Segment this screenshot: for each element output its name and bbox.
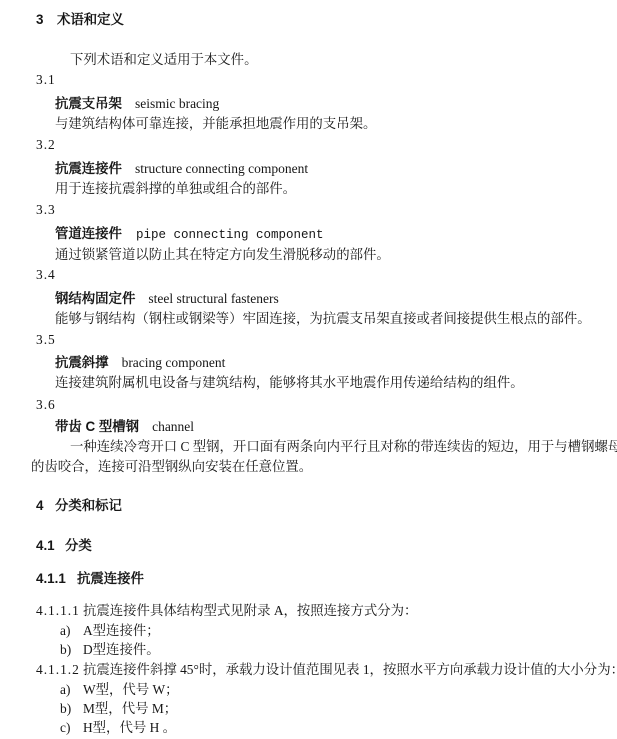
section-4-title: 分类和标记 <box>55 498 122 513</box>
term-3-1-number: 3.1 <box>36 70 617 90</box>
term-3-4-line: 钢结构固定件steel structural fasteners <box>55 289 617 309</box>
list-item: a)A型连接件； <box>60 621 617 640</box>
term-3-6-cn: 带齿 C 型槽钢 <box>55 419 139 434</box>
term-3-1-en: seismic bracing <box>135 96 219 111</box>
term-3-4-definition: 能够与钢结构（钢柱或钢梁等）牢固连接，为抗震支吊架直接或者间接提供生根点的部件。 <box>55 309 617 329</box>
term-3-5-cn: 抗震斜撑 <box>55 355 109 370</box>
list-item-text: A型连接件； <box>83 623 160 638</box>
term-3-1-line: 抗震支吊架seismic bracing <box>55 94 617 114</box>
term-3-2-en: structure connecting component <box>135 161 308 176</box>
clause-4-1-1-2-text: 抗震连接件斜撑 45°时，承载力设计值范围见表 1，按照水平方向承载力设计值的大… <box>83 662 617 677</box>
term-3-2-line: 抗震连接件structure connecting component <box>55 159 617 179</box>
term-3-1-definition: 与建筑结构体可靠连接，并能承担地震作用的支吊架。 <box>55 114 617 134</box>
section-4-1-number: 4.1 <box>36 536 65 556</box>
terms-intro: 下列术语和定义适用于本文件。 <box>70 50 617 70</box>
section-4-1-title: 分类 <box>65 538 92 553</box>
term-3-6-line: 带齿 C 型槽钢channel <box>55 417 617 437</box>
list-item-label: b) <box>60 640 83 659</box>
term-3-6-definition-line-1: 一种连续冷弯开口 C 型钢，开口面有两条向内平行且对称的带连续齿的短边，用于与槽… <box>70 437 617 457</box>
term-3-5-line: 抗震斜撑bracing component <box>55 353 617 373</box>
term-3-2-definition: 用于连接抗震斜撑的单独或组合的部件。 <box>55 179 617 199</box>
section-4-1-1-number: 4.1.1 <box>36 569 77 589</box>
section-4-1-1-heading: 4.1.1抗震连接件 <box>36 569 617 589</box>
list-item-label: b) <box>60 699 83 718</box>
section-3-number: 3 <box>36 10 57 30</box>
clause-4-1-1-1: 4.1.1.1抗震连接件具体结构型式见附录 A，按照连接方式分为： <box>36 601 617 621</box>
term-3-4-en: steel structural fasteners <box>148 291 278 306</box>
list-item-text: D型连接件。 <box>83 642 160 657</box>
list-item-label: c) <box>60 718 83 737</box>
clause-4-1-1-2: 4.1.1.2抗震连接件斜撑 45°时，承载力设计值范围见表 1，按照水平方向承… <box>36 660 617 680</box>
term-3-2-cn: 抗震连接件 <box>55 161 122 176</box>
term-3-3-cn: 管道连接件 <box>55 226 122 241</box>
term-3-3-definition: 通过锁紧管道以防止其在特定方向发生滑脱移动的部件。 <box>55 245 617 265</box>
term-3-4-number: 3.4 <box>36 265 617 285</box>
term-3-2-number: 3.2 <box>36 135 617 155</box>
list-item-text: M型，代号 M； <box>83 701 177 716</box>
list-item-text: W型，代号 W； <box>83 682 179 697</box>
term-3-3-number: 3.3 <box>36 200 617 220</box>
clause-4-1-1-1-number: 4.1.1.1 <box>36 601 83 621</box>
section-4-1-1-title: 抗震连接件 <box>77 571 144 586</box>
section-4-1-heading: 4.1分类 <box>36 536 617 556</box>
list-item: c)H型，代号 H 。 <box>60 718 617 737</box>
document-page: 3术语和定义 下列术语和定义适用于本文件。 3.1 抗震支吊架seismic b… <box>0 0 617 739</box>
term-3-5-en: bracing component <box>122 355 226 370</box>
section-4-number: 4 <box>36 496 55 516</box>
term-3-5-number: 3.5 <box>36 330 617 350</box>
term-3-5-definition: 连接建筑附属机电设备与建筑结构，能够将其水平地震作用传递给结构的组件。 <box>55 373 617 393</box>
term-3-3-line: 管道连接件pipe connecting component <box>55 224 617 245</box>
term-3-1-cn: 抗震支吊架 <box>55 96 122 111</box>
clause-4-1-1-1-text: 抗震连接件具体结构型式见附录 A，按照连接方式分为： <box>83 603 417 618</box>
clause-4-1-1-2-number: 4.1.1.2 <box>36 660 83 680</box>
list-item-label: a) <box>60 680 83 699</box>
list-item-label: a) <box>60 621 83 640</box>
term-3-3-en: pipe connecting component <box>136 228 324 242</box>
list-item: b)M型，代号 M； <box>60 699 617 718</box>
term-3-6-definition-line-2: 的齿咬合，连接可沿型钢纵向安装在任意位置。 <box>31 457 617 477</box>
section-4-heading: 4分类和标记 <box>36 496 617 516</box>
list-item: a)W型，代号 W； <box>60 680 617 699</box>
section-3-heading: 3术语和定义 <box>36 10 617 30</box>
term-3-6-en: channel <box>152 419 194 434</box>
list-item: b)D型连接件。 <box>60 640 617 659</box>
term-3-6-number: 3.6 <box>36 395 617 415</box>
section-3-title: 术语和定义 <box>57 12 124 27</box>
list-item-text: H型，代号 H 。 <box>83 720 176 735</box>
term-3-4-cn: 钢结构固定件 <box>55 291 135 306</box>
